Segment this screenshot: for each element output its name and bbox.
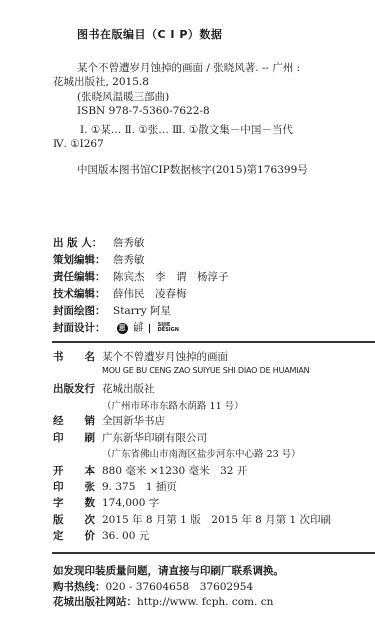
logo-divider bbox=[149, 324, 150, 333]
spec-printer-address: （广东省佛山市南海区盐步河东中心路 23 号） bbox=[102, 446, 301, 460]
credit-cover-illustration: 封面绘图：Starry 阿星 bbox=[53, 303, 171, 318]
spec-label: 字 数 bbox=[53, 495, 102, 510]
spec-value: 174,000 字 bbox=[102, 497, 159, 509]
website-label: 花城出版社网站： bbox=[53, 596, 137, 608]
spec-value: 36. 00 元 bbox=[102, 530, 149, 542]
top-divider bbox=[52, 341, 375, 343]
hotline: 购书热线：020 - 37604658 37602954 bbox=[53, 579, 253, 594]
credit-value: Starry 阿星 bbox=[113, 305, 171, 317]
hotline-label: 购书热线： bbox=[53, 581, 106, 593]
spec-value: 某个不曾遭岁月蚀掉的画面 bbox=[102, 351, 228, 363]
spec-label: 书 名 bbox=[53, 349, 102, 364]
credit-technical-editor: 技术编辑：薛伟民 凌春梅 bbox=[53, 286, 187, 301]
spec-value: 花城出版社 bbox=[102, 383, 155, 395]
spec-price: 定 价36. 00 元 bbox=[53, 528, 149, 543]
spec-value: 9. 375 1 插页 bbox=[102, 481, 177, 493]
credit-value: 詹秀敏 bbox=[113, 254, 145, 266]
bottom-divider bbox=[52, 552, 375, 554]
cip-line-classification: Ⅰ. ①某… Ⅱ. ①张… Ⅲ. ①散文集－中国－当代 bbox=[80, 123, 293, 137]
website-link[interactable]: http://www. fcph. com. cn bbox=[137, 596, 273, 608]
credit-cover-design: 封面设计： 思 厶介设计 SIJIEDESIGN bbox=[53, 320, 179, 335]
spec-sheets: 印 张9. 375 1 插页 bbox=[53, 479, 177, 494]
spec-label: 经 销 bbox=[53, 413, 102, 428]
cip-line-series: (张晓风温暖三部曲) bbox=[77, 90, 169, 104]
logo-en-text: SIJIEDESIGN bbox=[158, 323, 179, 333]
cip-line-publisher: 花城出版社, 2015.8 bbox=[53, 75, 149, 89]
credit-label: 技术编辑： bbox=[53, 286, 113, 301]
credit-publisher: 出 版 人：詹秀敏 bbox=[53, 235, 145, 250]
credit-value: 薛伟民 凌春梅 bbox=[113, 288, 187, 300]
logo-cn-text: 厶介设计 bbox=[133, 323, 143, 333]
cip-line-title-author: 某个不曾遭岁月蚀掉的画面 / 张晓风著. -- 广州 : bbox=[77, 61, 300, 75]
spec-word-count: 字 数174,000 字 bbox=[53, 495, 159, 510]
credit-value: 詹秀敏 bbox=[113, 237, 145, 249]
credit-label: 策划编辑： bbox=[53, 252, 113, 267]
credit-label: 封面设计： bbox=[53, 320, 113, 335]
credit-responsible-editor: 责任编辑：陈宾杰 李 谓 杨淳子 bbox=[53, 269, 229, 284]
spec-publisher: 出版发行花城出版社 bbox=[53, 381, 155, 396]
credit-label: 封面绘图： bbox=[53, 303, 113, 318]
credit-label: 出 版 人： bbox=[53, 235, 113, 250]
spec-printer: 印 刷广东新华印刷有限公司 bbox=[53, 430, 207, 445]
credit-label: 责任编辑： bbox=[53, 269, 113, 284]
spec-title-pinyin: MOU GE BU CENG ZAO SUIYUE SHI DIAO DE HU… bbox=[102, 366, 309, 375]
website: 花城出版社网站：http://www. fcph. com. cn bbox=[53, 594, 273, 609]
spec-label: 开 本 bbox=[53, 463, 102, 478]
spec-label: 印 张 bbox=[53, 479, 102, 494]
hotline-value: 020 - 37604658 37602954 bbox=[106, 581, 254, 593]
spec-value: 全国新华书店 bbox=[102, 415, 165, 427]
spec-value: 广东新华印刷有限公司 bbox=[102, 432, 207, 444]
spec-format: 开 本880 毫米 ×1230 毫米 32 开 bbox=[53, 463, 247, 478]
quality-notice: 如发现印装质量问题，请直接与印刷厂联系调换。 bbox=[53, 563, 284, 578]
spec-value: 880 毫米 ×1230 毫米 32 开 bbox=[102, 465, 247, 477]
spec-label: 出版发行 bbox=[53, 381, 102, 396]
spec-edition: 版 次2015 年 8 月第 1 版 2015 年 8 月第 1 次印刷 bbox=[53, 512, 331, 527]
spec-value: 2015 年 8 月第 1 版 2015 年 8 月第 1 次印刷 bbox=[102, 514, 331, 526]
spec-distributor: 经 销全国新华书店 bbox=[53, 413, 165, 428]
sijie-logo-icon: 思 bbox=[117, 323, 128, 334]
spec-label: 版 次 bbox=[53, 512, 102, 527]
cip-line-clc: Ⅳ. ①I267 bbox=[53, 137, 104, 151]
cip-line-approval: 中国版本图书馆CIP数据核字(2015)第176399号 bbox=[77, 163, 308, 177]
cip-title: 图书在版编目（C I P）数据 bbox=[77, 26, 222, 42]
credit-value: 陈宾杰 李 谓 杨淳子 bbox=[113, 271, 229, 283]
spec-label: 印 刷 bbox=[53, 430, 102, 445]
spec-title: 书 名某个不曾遭岁月蚀掉的画面 bbox=[53, 349, 228, 364]
sijie-design-logo: 思 厶介设计 SIJIEDESIGN bbox=[113, 322, 179, 334]
credit-planning-editor: 策划编辑：詹秀敏 bbox=[53, 252, 145, 267]
cip-line-isbn: ISBN 978-7-5360-7622-8 bbox=[77, 104, 210, 118]
spec-publisher-address: （广州市环市东路水荫路 11 号） bbox=[102, 398, 244, 412]
spec-label: 定 价 bbox=[53, 528, 102, 543]
